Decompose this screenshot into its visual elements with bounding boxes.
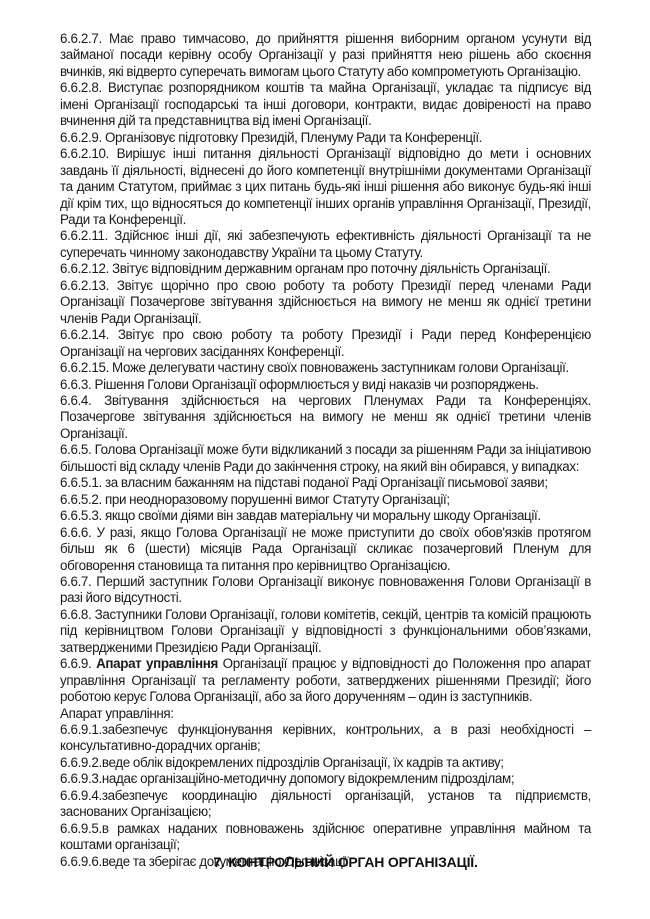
item-text: в рамках наданих повноважень здійснює оп… xyxy=(60,821,591,852)
paragraph-6-6-9: 6.6.9. Апарат управління Організації пра… xyxy=(60,656,591,705)
apparatus-item: 6.6.9.5.в рамках наданих повноважень зді… xyxy=(60,821,591,854)
apparatus-label: Апарат управління: xyxy=(60,706,591,722)
paragraph: 6.6.5.2. при неодноразовому порушенні ви… xyxy=(60,492,591,508)
paragraph-number: 6.6.6. xyxy=(60,525,91,540)
paragraph-text: Може делегувати частину своїх повноважен… xyxy=(112,360,569,375)
paragraph-text: Вирішує інші питання діяльності Організа… xyxy=(60,146,591,227)
paragraph-text: при неодноразовому порушенні вимог Стату… xyxy=(105,492,450,507)
paragraph-number: 6.6.9. xyxy=(60,656,91,671)
paragraph-number: 6.6.8. xyxy=(60,607,91,622)
paragraph-number: 6.6.5. xyxy=(60,442,91,457)
paragraph-number: 6.6.2.9. xyxy=(60,130,102,145)
item-number: 6.6.9.2. xyxy=(60,755,102,770)
paragraph: 6.6.2.9. Організовує підготовку Президій… xyxy=(60,130,591,146)
apparatus-item: 6.6.9.4.забезпечує координацію діяльност… xyxy=(60,788,591,821)
section-heading: 7. КОНТРОЛЬНИЙ ОРГАН ОРГАНІЗАЦІЇ. xyxy=(60,854,591,870)
apparatus-term: Апарат управління xyxy=(96,656,218,671)
paragraph-text: Здійснює інші дії, які забезпечують ефек… xyxy=(60,228,591,259)
paragraph-text: за власним бажанням на підставі поданої … xyxy=(105,475,548,490)
paragraph-number: 6.6.2.15. xyxy=(60,360,109,375)
paragraph-text: У разі, якщо Голова Організації не може … xyxy=(60,525,591,573)
paragraph-text: Звітування здійснюється на чергових Плен… xyxy=(60,393,591,441)
paragraph: 6.6.5.3. якщо своїми діями він завдав ма… xyxy=(60,508,591,524)
paragraph-number: 6.6.2.7. xyxy=(60,31,102,46)
paragraph-text: Звітує щорічно про свою роботу та роботу… xyxy=(60,278,591,326)
paragraph-number: 6.6.2.12. xyxy=(60,261,109,276)
paragraph-text: Звітує про свою роботу та роботу Президі… xyxy=(60,327,591,358)
paragraph: 6.6.2.13. Звітує щорічно про свою роботу… xyxy=(60,278,591,327)
paragraph-number: 6.6.2.14. xyxy=(60,327,109,342)
apparatus-item: 6.6.9.1.забезпечує функціонування керівн… xyxy=(60,722,591,755)
paragraph: 6.6.2.7. Має право тимчасово, до прийнят… xyxy=(60,31,591,80)
item-number: 6.6.9.5. xyxy=(60,821,102,836)
paragraph: 6.6.7. Перший заступник Голови Організац… xyxy=(60,574,591,607)
paragraph-text: Організовує підготовку Президій, Пленуму… xyxy=(105,130,482,145)
paragraph-number: 6.6.3. xyxy=(60,377,91,392)
item-number: 6.6.9.4. xyxy=(60,788,102,803)
paragraph-text: Рішення Голови Організації оформлюється … xyxy=(94,377,538,392)
paragraph-number: 6.6.5.3. xyxy=(60,508,102,523)
paragraph: 6.6.2.11. Здійснює інші дії, які забезпе… xyxy=(60,228,591,261)
paragraph: 6.6.3. Рішення Голови Організації оформл… xyxy=(60,377,591,393)
paragraph: 6.6.6. У разі, якщо Голова Організації н… xyxy=(60,525,591,574)
paragraph-list: 6.6.2.7. Має право тимчасово, до прийнят… xyxy=(60,31,591,656)
paragraph: 6.6.8. Заступники Голови Організації, го… xyxy=(60,607,591,656)
paragraph: 6.6.2.14. Звітує про свою роботу та робо… xyxy=(60,327,591,360)
paragraph: 6.6.2.8. Виступає розпорядником коштів т… xyxy=(60,80,591,129)
paragraph: 6.6.2.10. Вирішує інші питання діяльност… xyxy=(60,146,591,228)
paragraph-number: 6.6.2.10. xyxy=(60,146,109,161)
item-number: 6.6.9.1. xyxy=(60,722,102,737)
paragraph-number: 6.6.7. xyxy=(60,574,91,589)
paragraph-number: 6.6.2.8. xyxy=(60,80,102,95)
paragraph-text: Голова Організації може бути відкликаний… xyxy=(60,442,591,473)
paragraph-text: Перший заступник Голови Організації вико… xyxy=(60,574,591,605)
paragraph: 6.6.5. Голова Організації може бути відк… xyxy=(60,442,591,475)
paragraph-text: Заступники Голови Організації, голови ко… xyxy=(60,607,591,655)
paragraph-text: якщо своїми діями він завдав матеріальну… xyxy=(105,508,541,523)
apparatus-item: 6.6.9.2.веде облік відокремлених підрозд… xyxy=(60,755,591,771)
paragraph-number: 6.6.5.2. xyxy=(60,492,102,507)
paragraph: 6.6.2.15. Може делегувати частину своїх … xyxy=(60,360,591,376)
apparatus-list: 6.6.9.1.забезпечує функціонування керівн… xyxy=(60,722,591,870)
document-body: 6.6.2.7. Має право тимчасово, до прийнят… xyxy=(60,31,591,870)
apparatus-item: 6.6.9.3.надає організаційно-методичну до… xyxy=(60,771,591,787)
paragraph: 6.6.5.1. за власним бажанням на підставі… xyxy=(60,475,591,491)
paragraph-number: 6.6.2.11. xyxy=(60,228,108,243)
item-number: 6.6.9.3. xyxy=(60,771,102,786)
paragraph-number: 6.6.5.1. xyxy=(60,475,102,490)
item-text: надає організаційно-методичну допомогу в… xyxy=(102,771,514,786)
paragraph-text: Звітує відповідним державним органам про… xyxy=(112,261,550,276)
paragraph: 6.6.2.12. Звітує відповідним державним о… xyxy=(60,261,591,277)
paragraph-number: 6.6.4. xyxy=(60,393,91,408)
item-text: веде облік відокремлених підрозділів Орг… xyxy=(102,755,504,770)
paragraph-text: Має право тимчасово, до прийняття рішенн… xyxy=(60,31,591,79)
paragraph-number: 6.6.2.13. xyxy=(60,278,109,293)
item-text: забезпечує координацію діяльності органі… xyxy=(60,788,591,819)
item-text: забезпечує функціонування керівних, конт… xyxy=(60,722,591,753)
paragraph: 6.6.4. Звітування здійснюється на чергов… xyxy=(60,393,591,442)
paragraph-text: Виступає розпорядником коштів та майна О… xyxy=(60,80,591,128)
